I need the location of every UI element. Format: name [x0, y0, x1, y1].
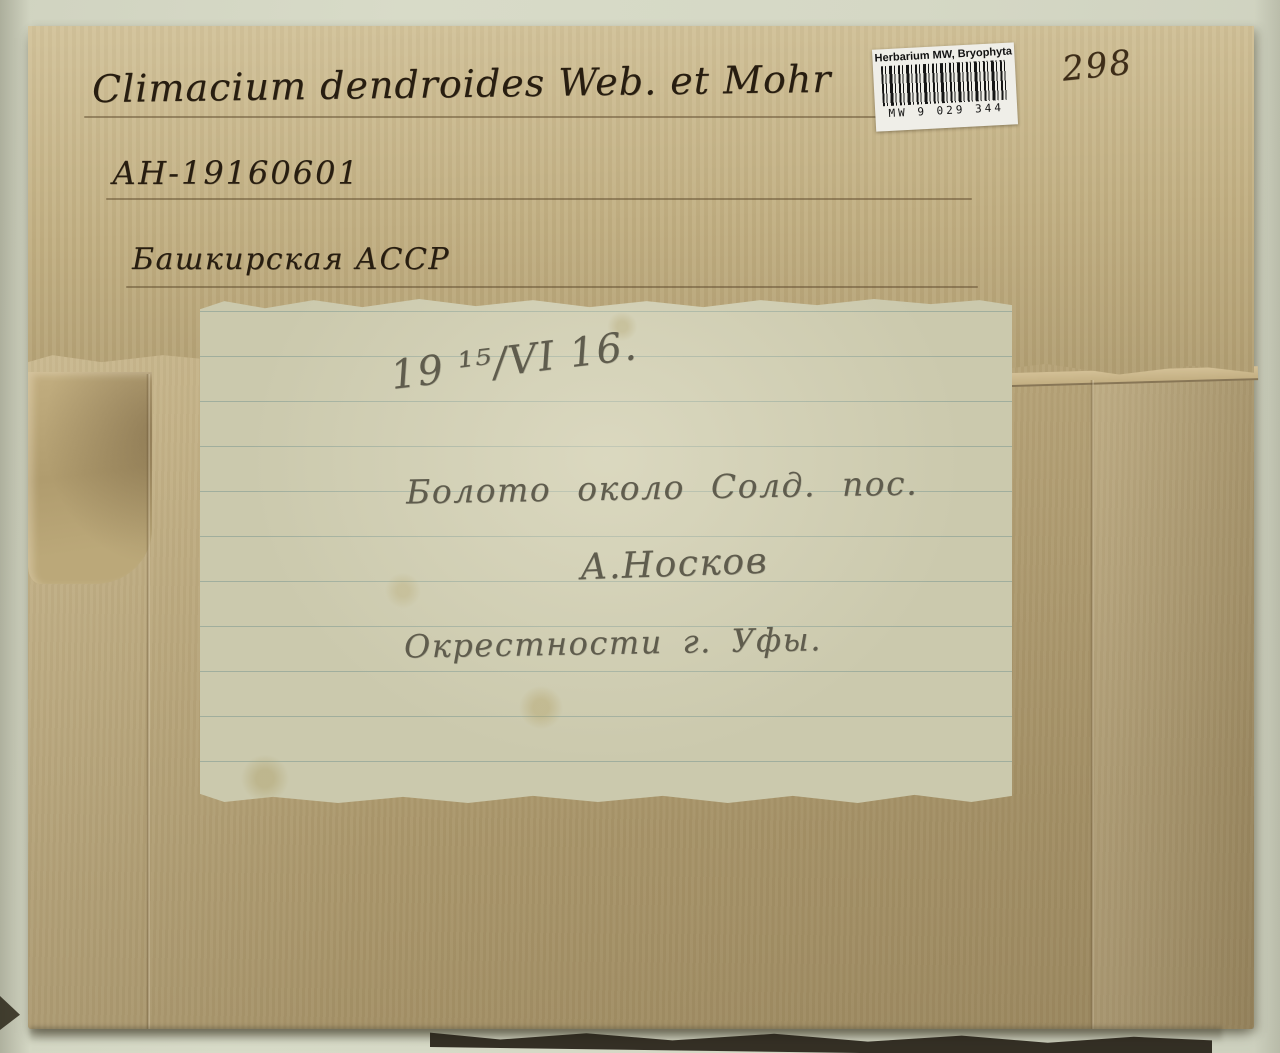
collector-signature: А.Носков: [579, 541, 768, 589]
herbarium-photo: Climacium dendroides Web. et Mohr АН-191…: [0, 0, 1280, 1053]
ruled-line-region: [126, 286, 978, 288]
fold-crease-right: [1090, 380, 1094, 1029]
ruled-line-species: [84, 116, 962, 118]
field-label-paper: 19 ¹⁵/VI 16. Болото около Солд. пос. А.Н…: [200, 296, 1012, 804]
packet-right-fold-panel: [1094, 380, 1254, 1029]
packet-left-fold-curl: [28, 372, 152, 584]
barcode-icon: [881, 60, 1009, 107]
region-name: Башкирская АССР: [132, 242, 450, 277]
city-handwriting: Окрестности г. Уфы.: [404, 620, 822, 665]
corner-number: 298: [1060, 42, 1135, 89]
accession-number: АН-19160601: [112, 154, 360, 192]
date-handwriting: 19 ¹⁵/VI 16.: [388, 323, 640, 399]
ruled-line-accession: [106, 198, 972, 200]
barcode-sticker: Herbarium MW, Bryophyta MW 9 029 344: [872, 42, 1018, 131]
left-edge-shadow: [0, 996, 20, 1030]
locality-handwriting: Болото около Солд. пос.: [406, 464, 919, 512]
fold-crease-left: [146, 374, 150, 1029]
